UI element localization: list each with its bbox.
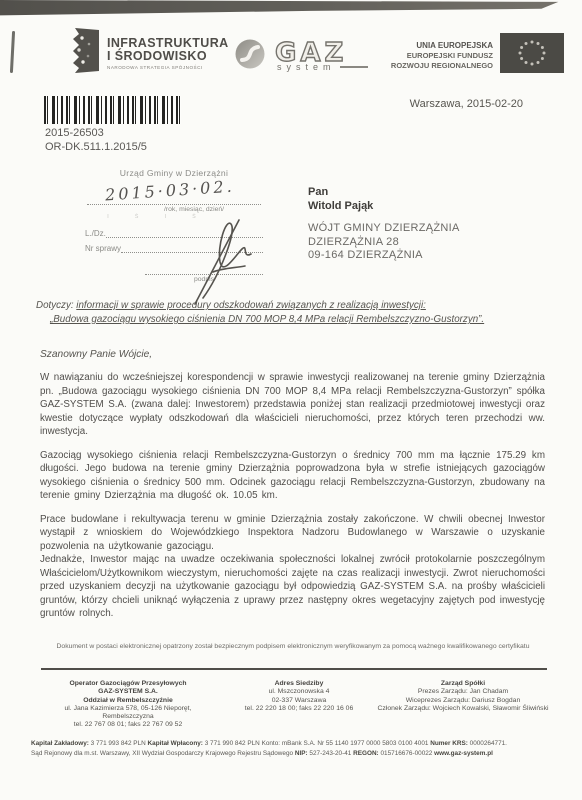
paragraph-1: W nawiązaniu do wcześniejszej koresponde…	[40, 371, 545, 439]
footer-address-column: Adres Siedziby ul. Mszczonowska 4 02-337…	[229, 680, 369, 730]
footer-rule	[41, 668, 547, 670]
operator-line4: ul. Jana Kazimierza 578, 05-126 Nieporęt…	[30, 705, 226, 713]
gaz-swirl-icon	[234, 38, 266, 75]
case-number: OR-DK.511.1.2015/5	[45, 141, 147, 153]
website-link: www.gaz-system.pl	[434, 750, 493, 757]
stamp-date-caption: /rok, miesiąc, dzień/	[85, 206, 263, 213]
certification-note: Dokument w postaci elektronicznej opatrz…	[54, 642, 532, 651]
subject-line1: informacji w sprawie procedury odszkodow…	[76, 300, 426, 311]
stamp-ldz-label: L./Dz.	[85, 229, 106, 238]
recipient-block: Pan Witold Pająk WÓJT GMINY DZIERZĄŻNIA …	[308, 186, 460, 263]
legal-lines: Kapitał Zakładowy: 3 771 993 842 PLN Kap…	[31, 739, 553, 758]
subject-block: Dotyczy: informacji w sprawie procedury …	[36, 299, 484, 327]
gaz-system-sub: system	[277, 62, 336, 72]
legal-line-2: Sąd Rejonowy dla m.st. Warszawy, XII Wyd…	[31, 749, 553, 759]
gaz-system-logo: GAZ system	[234, 38, 372, 75]
scan-edge-artifact	[0, 0, 564, 16]
infrastructure-environment-logo: INFRASTRUKTURA I ŚRODOWISKO NARODOWA STR…	[68, 27, 229, 79]
paragraph-2: Gazociąg wysokiego ciśnienia relacji Rem…	[40, 449, 545, 503]
footer-operator-column: Operator Gazociągów Przesyłowych GAZ-SYS…	[30, 680, 226, 730]
eu-logo-line1: UNIA EUROPEJSKA	[391, 41, 493, 51]
operator-line3: Oddział w Rembelszczyźnie	[30, 697, 226, 705]
address-line1: Adres Siedziby	[229, 680, 369, 688]
receipt-stamp: Urząd Gminy w Dzierzążni 2015·03·02. /ro…	[85, 168, 263, 283]
board-line3: Wiceprezes Zarządu: Dariusz Bogdan	[372, 697, 554, 705]
board-line4: Członek Zarządu: Wojciech Kowalski, Sław…	[372, 705, 554, 713]
logo-left-line1: INFRASTRUKTURA	[107, 37, 229, 50]
paragraph-3: Prace budowlane i rekultywacja terenu w …	[40, 513, 545, 554]
operator-line5: Rembelszczyzna	[30, 713, 226, 721]
place-date: Warszawa, 2015-02-20	[410, 98, 523, 110]
handwritten-date: 2015·03·02.	[104, 176, 235, 204]
eu-logo-line2: EUROPEJSKI FUNDUSZ	[391, 51, 493, 61]
eu-logo-line3: ROZWOJU REGIONALNEGO	[391, 61, 493, 71]
board-line1: Zarząd Spółki	[372, 680, 554, 688]
board-line2: Prezes Zarządu: Jan Chadam	[372, 688, 554, 696]
eu-flag-icon	[500, 33, 564, 78]
recipient-postal: 09-164 DZIERZĄŻNIA	[308, 249, 460, 263]
eu-funds-logo: UNIA EUROPEJSKA EUROPEJSKI FUNDUSZ ROZWO…	[391, 33, 564, 78]
recipient-salutation: Pan	[308, 186, 460, 200]
logo-left-line2: I ŚRODOWISKO	[107, 50, 229, 63]
greeting: Szanowny Panie Wójcie,	[40, 349, 545, 360]
operator-line1: Operator Gazociągów Przesyłowych	[30, 680, 226, 688]
paragraph-4: Jednakże, Inwestor mając na uwadze oczek…	[40, 553, 545, 621]
address-line2: ul. Mszczonowska 4	[229, 688, 369, 696]
footer-board-column: Zarząd Spółki Prezes Zarządu: Jan Chadam…	[372, 680, 554, 730]
scanned-letter: INFRASTRUKTURA I ŚRODOWISKO NARODOWA STR…	[0, 0, 582, 800]
logo-left-tagline: NARODOWA STRATEGIA SPÓJNOŚCI	[107, 65, 229, 70]
recipient-address: DZIERZĄŻNIA 28	[308, 236, 460, 250]
address-line4: tel. 22 220 18 00; faks 22 220 16 06	[229, 705, 369, 713]
letter-body: Szanowny Panie Wójcie, W nawiązaniu do w…	[40, 349, 545, 631]
scan-mark	[10, 31, 15, 73]
signature-scribble	[185, 216, 265, 306]
stamp-office-name: Urząd Gminy w Dzierzążni	[85, 168, 263, 178]
barcode-number: 2015-26503	[45, 127, 104, 139]
address-line3: 02-337 Warszawa	[229, 697, 369, 705]
gaz-logo-dash	[340, 66, 368, 68]
operator-line2: GAZ-SYSTEM S.A.	[30, 688, 226, 696]
barcode	[44, 96, 181, 124]
legal-line-1: Kapitał Zakładowy: 3 771 993 842 PLN Kap…	[31, 739, 553, 749]
footer: Operator Gazociągów Przesyłowych GAZ-SYS…	[30, 680, 554, 730]
subject-line2: „Budowa gazociągu wysokiego ciśnienia DN…	[36, 313, 484, 327]
nss-flag-icon	[68, 27, 100, 79]
recipient-title: WÓJT GMINY DZIERZĄŻNIA	[308, 222, 460, 236]
stamp-case-label: Nr sprawy	[85, 244, 121, 253]
recipient-name: Witold Pająk	[308, 200, 460, 214]
operator-line6: tel. 22 767 08 01; faks 22 767 09 52	[30, 721, 226, 729]
subject-label: Dotyczy:	[36, 300, 74, 311]
